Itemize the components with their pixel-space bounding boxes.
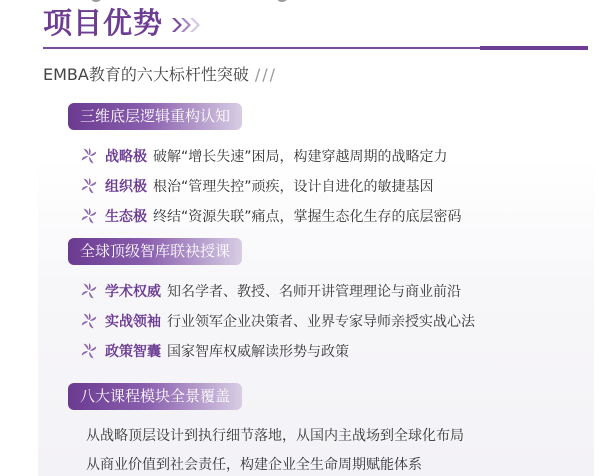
item-desc: 根治“管理失控”顽疾，设计自进化的敏捷基因 — [153, 176, 434, 196]
chevrons-icon — [171, 17, 198, 33]
item-key: 学术权威 — [105, 281, 161, 301]
body-line: 从战略顶层设计到执行细节落地，从国内主战场到全球化布局 — [86, 426, 464, 446]
page: 项目优势 EMBA教育的六大标杆性突破/// 三维底层逻辑重构认知 战略极 破解… — [0, 0, 616, 476]
item-key: 组织极 — [105, 176, 147, 196]
decorative-arc — [276, 0, 288, 2]
pinwheel-icon — [80, 282, 98, 300]
chevron-right-icon — [189, 17, 201, 33]
body-line: 从商业价值到社会责任，构建企业全生命周期赋能体系 — [86, 455, 422, 475]
pinwheel-icon — [80, 312, 98, 330]
item-desc: 知名学者、教授、名师开讲管理理论与商业前沿 — [167, 281, 461, 301]
pinwheel-icon — [80, 207, 98, 225]
list-item: 政策智囊 国家智库权威解读形势与政策 — [80, 341, 349, 361]
list-item: 生态极 终结“资源失联”痛点，掌握生态化生存的底层密码 — [80, 206, 462, 226]
decorative-arc — [90, 0, 102, 2]
section-badge: 八大课程模块全景覆盖 — [68, 383, 242, 410]
page-title: 项目优势 — [43, 6, 163, 40]
section-badge: 三维底层逻辑重构认知 — [68, 103, 242, 130]
title-row: 项目优势 — [43, 6, 198, 40]
pinwheel-icon — [80, 147, 98, 165]
pinwheel-icon — [80, 177, 98, 195]
item-desc: 国家智库权威解读形势与政策 — [167, 341, 349, 361]
item-key: 生态极 — [105, 206, 147, 226]
item-key: 实战领袖 — [105, 311, 161, 331]
item-key: 政策智囊 — [105, 341, 161, 361]
list-item: 实战领袖 行业领军企业决策者、业界专家导师亲授实战心法 — [80, 311, 475, 331]
title-divider — [43, 47, 483, 49]
subtitle: EMBA教育的六大标杆性突破/// — [43, 64, 277, 86]
section-badge: 全球顶级智库联袂授课 — [68, 238, 242, 265]
item-desc: 破解“增长失速”困局，构建穿越周期的战略定力 — [153, 146, 448, 166]
subtitle-decoration: /// — [255, 65, 277, 84]
item-key: 战略极 — [105, 146, 147, 166]
list-item: 组织极 根治“管理失控”顽疾，设计自进化的敏捷基因 — [80, 176, 434, 196]
list-item: 学术权威 知名学者、教授、名师开讲管理理论与商业前沿 — [80, 281, 461, 301]
item-desc: 终结“资源失联”痛点，掌握生态化生存的底层密码 — [153, 206, 462, 226]
subtitle-text: EMBA教育的六大标杆性突破 — [43, 65, 249, 84]
pinwheel-icon — [80, 342, 98, 360]
item-desc: 行业领军企业决策者、业界专家导师亲授实战心法 — [167, 311, 475, 331]
title-divider-accent — [480, 46, 588, 50]
list-item: 战略极 破解“增长失速”困局，构建穿越周期的战略定力 — [80, 146, 448, 166]
